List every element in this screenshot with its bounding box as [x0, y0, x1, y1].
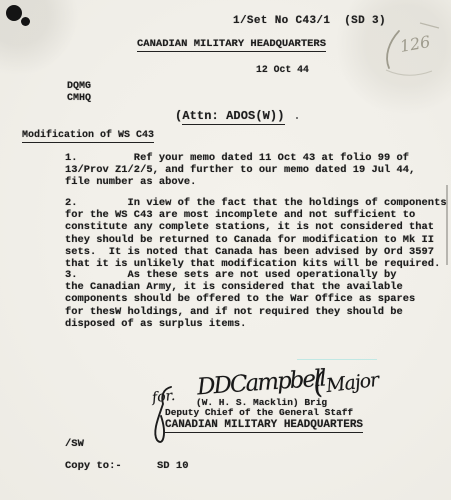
paragraph-2: 2. In view of the fact that the holdings… — [65, 197, 447, 270]
paragraph-3: 3. As these sets are not used operationa… — [65, 269, 415, 330]
subject-text: Modification of WS C43 — [22, 130, 154, 143]
scan-hole-mark-large — [6, 5, 22, 21]
pencil-paren-stroke — [387, 31, 399, 68]
attention-text: Attn: ADOS(W)) — [182, 109, 284, 125]
signer-title-line: Deputy Chief of the General Staff — [165, 407, 353, 418]
handwritten-signature-rank: Major — [325, 369, 379, 397]
signer-org-line: CANADIAN MILITARY HEADQUARTERS — [165, 419, 363, 431]
organization-heading: CANADIAN MILITARY HEADQUARTERS — [137, 38, 326, 50]
pencil-tick-stroke — [420, 23, 439, 28]
scanned-memo-page: 1/Set No C43/1 (SD 3) CANADIAN MILITARY … — [0, 0, 451, 500]
handwritten-signature-name: DDCampbell — [196, 366, 325, 401]
faint-blue-scan-line — [297, 359, 377, 360]
scan-edge-artifact — [446, 185, 448, 265]
signer-org-text: CANADIAN MILITARY HEADQUARTERS — [165, 419, 363, 433]
ink-speck — [296, 117, 298, 119]
file-reference-line: 1/Set No C43/1 (SD 3) — [233, 15, 386, 27]
scan-hole-mark-small — [21, 17, 30, 26]
organization-heading-text: CANADIAN MILITARY HEADQUARTERS — [137, 38, 326, 52]
copy-to-value: SD 10 — [157, 460, 189, 472]
pencil-under-curve — [386, 70, 432, 75]
subject-line: Modification of WS C43 — [22, 130, 154, 141]
pencil-annotation: 126 — [378, 20, 448, 82]
copy-to-label: Copy to:- — [65, 460, 122, 472]
attention-line: (Attn: ADOS(W)) — [175, 109, 285, 123]
typist-initials: /SW — [65, 438, 84, 450]
addressee-block: DQMG CMHQ — [67, 81, 91, 104]
paragraph-1: 1. Ref your memo dated 11 Oct 43 at foli… — [65, 152, 415, 189]
pencil-page-number: 126 — [398, 32, 431, 56]
date-line: 12 Oct 44 — [256, 64, 309, 75]
